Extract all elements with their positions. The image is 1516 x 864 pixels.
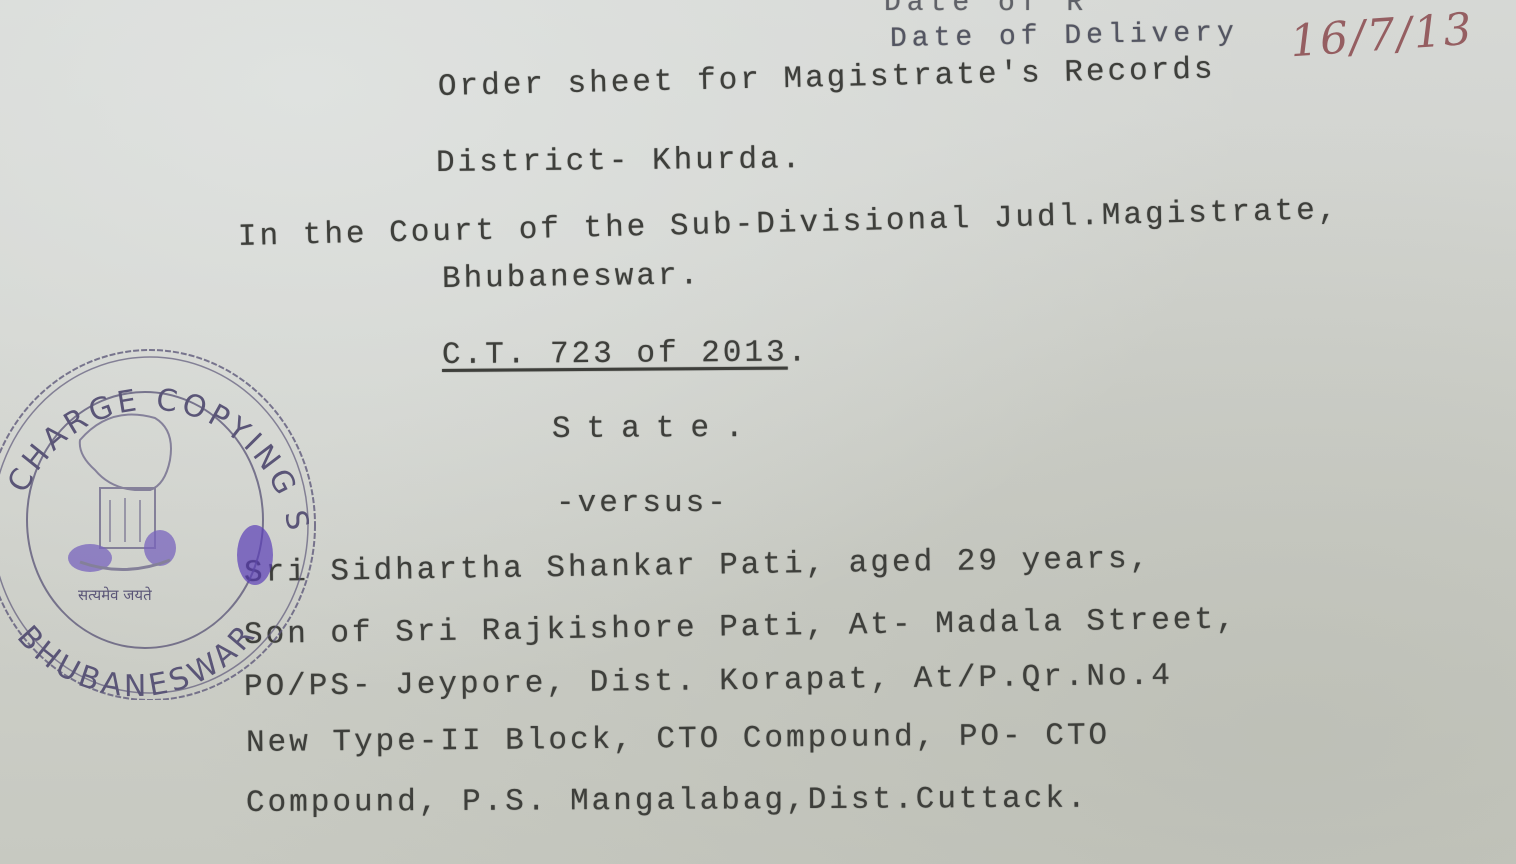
versus-label: -versus-: [556, 486, 729, 521]
accused-line: Sri Sidhartha Shankar Pati, aged 29 year…: [244, 542, 1152, 591]
case-number-line: C.T. 723 of 2013.: [442, 335, 810, 373]
accused-line: PO/PS- Jeypore, Dist. Korapat, At/P.Qr.N…: [244, 659, 1173, 705]
accused-line: New Type-II Block, CTO Compound, PO- CTO: [246, 718, 1110, 761]
ashoka-emblem-icon: [68, 414, 176, 572]
stamp-motto: सत्यमेव जयते: [78, 586, 152, 604]
date-of-delivery-label: Date of Delivery: [890, 18, 1239, 55]
official-stamp: CHARGE COPYING SECTION BHUBANESWAR सत्यम…: [0, 310, 320, 700]
district-line: District- Khurda.: [436, 142, 804, 181]
stamp-bottom-text: BHUBANESWAR: [10, 616, 264, 700]
case-suffix: .: [788, 335, 810, 370]
date-of-receipt-label: Date of R: [884, 0, 1089, 19]
stamp-top-text: CHARGE COPYING SECTION: [0, 310, 316, 537]
case-number: C.T. 723 of 2013: [442, 336, 788, 373]
accused-line: Son of Sri Rajkishore Pati, At- Madala S…: [244, 602, 1238, 653]
complainant: State.: [552, 411, 760, 447]
stamp-ink-blot: [237, 525, 273, 585]
svg-text:BHUBANESWAR: BHUBANESWAR: [10, 616, 264, 700]
svg-text:CHARGE COPYING SECTION: CHARGE COPYING SECTION: [0, 310, 316, 537]
court-place: Bhubaneswar.: [442, 258, 702, 297]
document-page: Date of R Date of Delivery 16/7/13 Order…: [0, 0, 1516, 864]
accused-line: Compound, P.S. Mangalabag,Dist.Cuttack.: [246, 782, 1089, 821]
handwritten-delivery-date: 16/7/13: [1288, 4, 1475, 68]
court-line: In the Court of the Sub-Divisional Judl.…: [238, 193, 1340, 255]
document-title: Order sheet for Magistrate's Records: [438, 52, 1216, 105]
